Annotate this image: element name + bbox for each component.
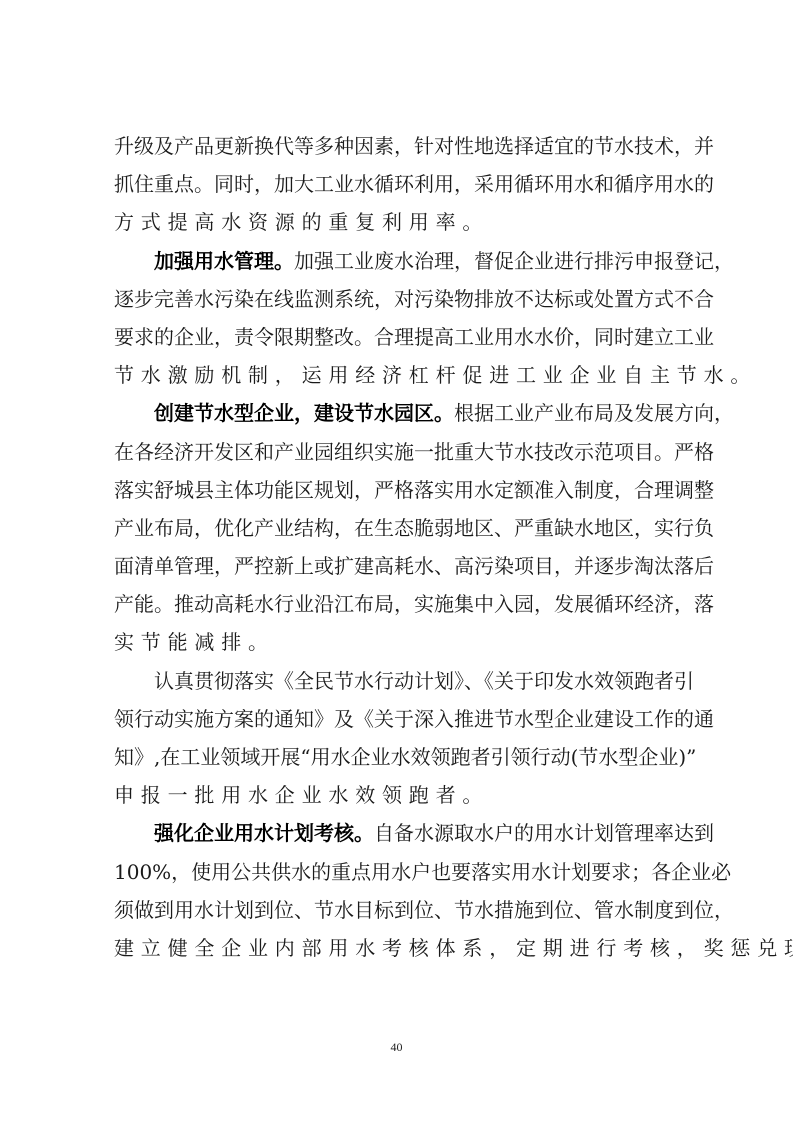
- paragraph-line: 升级及产品更新换代等多种因素，针对性地选择适宜的节水技术，并: [114, 127, 679, 165]
- paragraph-heading: 加强用水管理。: [154, 249, 294, 273]
- paragraph-line: 方式提高水资源的重复利用率。: [114, 203, 679, 241]
- paragraph-text: 加强工业废水治理，督促企业进行排污申报登记，: [294, 249, 734, 273]
- paragraph-line: 面清单管理，严控新上或扩建高耗水、高污染项目，并逐步淘汰落后: [114, 547, 679, 585]
- body-text: 升级及产品更新换代等多种因素，针对性地选择适宜的节水技术，并 抓住重点。同时，加…: [114, 127, 679, 967]
- paragraph-line: 产能。推动高耗水行业沿江布局，实施集中入园，发展循环经济，落: [114, 585, 679, 623]
- paragraph-first-line: 认真贯彻落实《全民节水行动计划》、《关于印发水效领跑者引: [114, 662, 679, 700]
- paragraph-text: 自备水源取水户的用水计划管理率达到: [374, 821, 714, 845]
- paragraph-heading: 创建节水型企业，建设节水园区。: [154, 401, 454, 425]
- paragraph-line: 100%，使用公共供水的重点用水户也要落实用水计划要求；各企业必: [114, 853, 679, 891]
- paragraph-line: 在各经济开发区和产业园组织实施一批重大节水技改示范项目。严格: [114, 433, 679, 471]
- paragraph-line: 领行动实施方案的通知》及《关于深入推进节水型企业建设工作的通: [114, 700, 679, 738]
- paragraph-line: 抓住重点。同时，加大工业水循环利用，采用循环用水和循序用水的: [114, 165, 679, 203]
- paragraph-heading: 强化企业用水计划考核。: [154, 821, 374, 845]
- paragraph-first-line: 加强用水管理。加强工业废水治理，督促企业进行排污申报登记，: [114, 242, 679, 280]
- paragraph-first-line: 强化企业用水计划考核。自备水源取水户的用水计划管理率达到: [114, 814, 679, 852]
- page-number: 40: [0, 1040, 793, 1055]
- paragraph-line: 须做到用水计划到位、节水目标到位、节水措施到位、管水制度到位，: [114, 891, 679, 929]
- paragraph-line: 申报一批用水企业水效领跑者。: [114, 776, 679, 814]
- paragraph-line: 节水激励机制，运用经济杠杆促进工业企业自主节水。: [114, 356, 679, 394]
- paragraph-first-line: 创建节水型企业，建设节水园区。根据工业产业布局及发展方向，: [114, 394, 679, 432]
- paragraph-line: 建立健全企业内部用水考核体系，定期进行考核，奖惩兑现。: [114, 929, 679, 967]
- paragraph-line: 落实舒城县主体功能区规划，严格落实用水定额准入制度，合理调整: [114, 471, 679, 509]
- paragraph-line: 知》,在工业领域开展“用水企业水效领跑者引领行动(节水型企业)”: [114, 738, 679, 776]
- document-page: 升级及产品更新换代等多种因素，针对性地选择适宜的节水技术，并 抓住重点。同时，加…: [0, 0, 793, 1122]
- paragraph-line: 产业布局，优化产业结构，在生态脆弱地区、严重缺水地区，实行负: [114, 509, 679, 547]
- paragraph-line: 要求的企业，责令限期整改。合理提高工业用水水价，同时建立工业: [114, 318, 679, 356]
- paragraph-text: 根据工业产业布局及发展方向，: [454, 401, 734, 425]
- paragraph-line: 逐步完善水污染在线监测系统，对污染物排放不达标或处置方式不合: [114, 280, 679, 318]
- paragraph-line: 实节能减排。: [114, 623, 679, 661]
